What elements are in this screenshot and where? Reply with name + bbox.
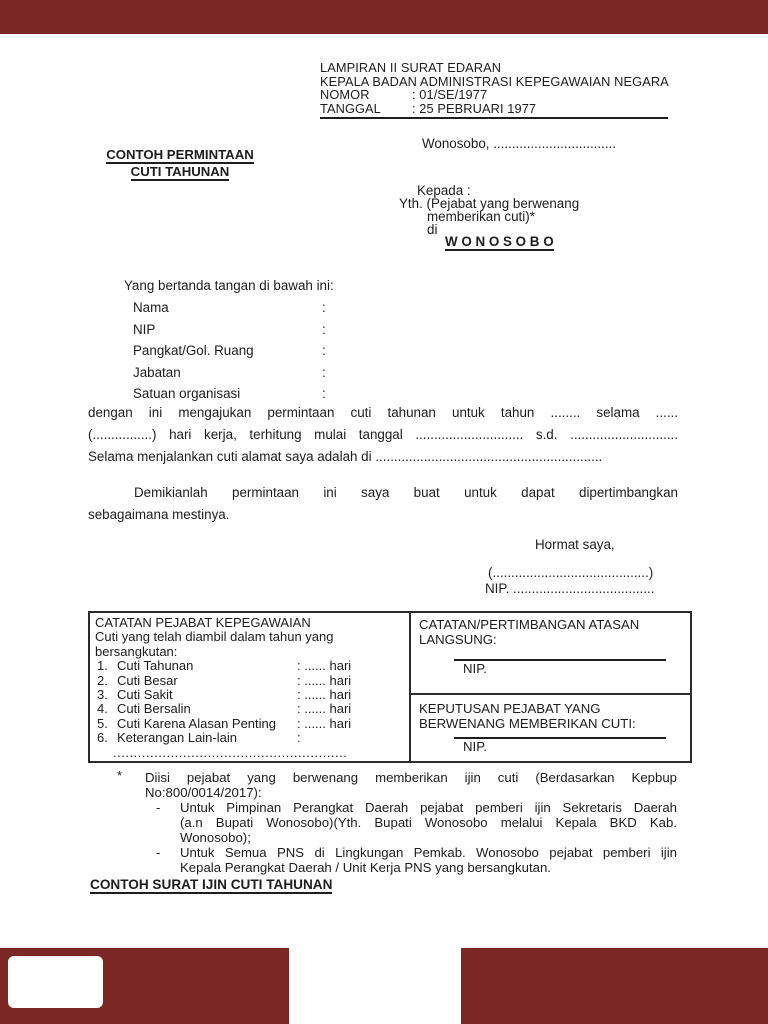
field-label: Pangkat/Gol. Ruang [133, 343, 254, 358]
bottom-band-white-notch-middle [289, 948, 461, 1024]
footnote-item1-dash: - [156, 800, 160, 815]
tanggal-label: TANGGAL [320, 102, 412, 116]
field-row-satuan: Satuan organisasi: [133, 386, 413, 401]
field-row-nama: Nama: [133, 300, 413, 315]
officials-notes-table: CATATAN PEJABAT KEPEGAWAIAN Cuti yang te… [88, 611, 692, 763]
field-colon: : [322, 386, 326, 401]
authority-decision-cell: KEPUTUSAN PEJABAT YANG BERWENANG MEMBERI… [411, 695, 690, 761]
decision-cell-title2: BERWENANG MEMBERIKAN CUTI: [419, 716, 684, 731]
nomor-label: NOMOR [320, 88, 412, 102]
other-notes-dots: ........................................… [95, 746, 403, 760]
supervisor-cell-title2: LANGSUNG: [419, 632, 684, 647]
leave-item-row: 3.Cuti Sakit: ...... hari [95, 688, 403, 702]
personnel-notes-title: CATATAN PEJABAT KEPEGAWAIAN [95, 616, 403, 630]
recipient-city: W O N O S O B O [445, 234, 554, 251]
footnote-item2-line2: Kepala Perangkat Daerah / Unit Kerja PNS… [180, 860, 551, 875]
footnote-intro-line1: Diisi pejabat yang berwenang memberikan … [145, 770, 677, 785]
signature-name-placeholder: (.......................................… [488, 565, 653, 580]
field-label: Satuan organisasi [133, 386, 240, 401]
footnote-item2-dash: - [156, 845, 160, 860]
field-label: Nama [133, 300, 169, 315]
supervisor-cell-title1: CATATAN/PERTIMBANGAN ATASAN [419, 617, 684, 632]
footnote-item2-line1: Untuk Semua PNS di Lingkungan Pemkab. Wo… [180, 845, 677, 860]
leave-item-row: 5.Cuti Karena Alasan Penting: ...... har… [95, 717, 403, 731]
field-colon: : [322, 343, 326, 358]
field-label: Jabatan [133, 365, 181, 380]
leave-item-row: 6.Keterangan Lain-lain: [95, 731, 403, 745]
signature-salutation: Hormat saya, [535, 537, 615, 552]
footnote-item1-line2: (a.n Bupati Wonosobo)(Yth. Bupati Wonoso… [180, 815, 677, 830]
decision-cell-title1: KEPUTUSAN PEJABAT YANG [419, 701, 684, 716]
decision-nip-label: NIP. [463, 739, 684, 754]
field-colon: : [322, 300, 326, 315]
closing-line2: sebagaimana mestinya. [88, 504, 678, 526]
recipient-line3: di [427, 222, 437, 237]
request-paragraph: dengan ini mengajukan permintaan cuti ta… [88, 402, 678, 468]
supervisor-nip-label: NIP. [463, 661, 684, 676]
request-line3: Selama menjalankan cuti alamat saya adal… [88, 446, 678, 468]
letterhead-reference-block: LAMPIRAN II SURAT EDARAN KEPALA BADAN AD… [320, 61, 668, 119]
field-row-nip: NIP: [133, 322, 413, 337]
leave-item-row: 1.Cuti Tahunan: ...... hari [95, 659, 403, 673]
doc-label-line1: CONTOH PERMINTAAN [97, 147, 263, 164]
city-dateline: Wonosobo, ..............................… [422, 136, 616, 151]
document-type-label: CONTOH PERMINTAAN CUTI TAHUNAN [97, 147, 263, 181]
supervisor-consideration-cell: CATATAN/PERTIMBANGAN ATASAN LANGSUNG: NI… [411, 613, 690, 695]
field-row-jabatan: Jabatan: [133, 365, 413, 380]
top-page-edge-band [0, 0, 768, 34]
footnote-marker: * [117, 768, 122, 783]
bottom-band-white-notch-left [8, 956, 103, 1008]
footnote-intro-line2: No:800/0014/2017): [145, 785, 262, 800]
field-row-pangkat: Pangkat/Gol. Ruang: [133, 343, 413, 358]
request-line1: dengan ini mengajukan permintaan cuti ta… [88, 402, 678, 424]
personnel-notes-subtitle2: bersangkutan: [95, 645, 403, 659]
next-section-heading: CONTOH SURAT IJIN CUTI TAHUNAN [90, 877, 332, 894]
document-page: LAMPIRAN II SURAT EDARAN KEPALA BADAN AD… [0, 0, 768, 1024]
closing-line1: Demikianlah permintaan ini saya buat unt… [88, 482, 678, 504]
leave-item-row: 4.Cuti Bersalin: ...... hari [95, 702, 403, 716]
personnel-notes-subtitle1: Cuti yang telah diambil dalam tahun yang [95, 630, 403, 644]
request-line2: (................) hari kerja, terhitung… [88, 424, 678, 446]
tanggal-line: TANGGAL: 25 PEBRUARI 1977 [320, 102, 668, 120]
field-colon: : [322, 322, 326, 337]
signature-nip-placeholder: NIP. ...................................… [485, 581, 654, 596]
opening-line: Yang bertanda tangan di bawah ini: [124, 278, 334, 293]
footnote-item1-line3: Wonosobo); [180, 830, 251, 845]
kepala-badan-line: KEPALA BADAN ADMINISTRASI KEPEGAWAIAN NE… [320, 75, 668, 89]
lampiran-line: LAMPIRAN II SURAT EDARAN [320, 61, 668, 75]
doc-label-line2: CUTI TAHUNAN [97, 164, 263, 181]
tanggal-value: : 25 PEBRUARI 1977 [412, 101, 536, 116]
field-label: NIP [133, 322, 155, 337]
footnote-item1-line1: Untuk Pimpinan Perangkat Daerah pejabat … [180, 800, 677, 815]
field-colon: : [322, 365, 326, 380]
recipient-line2: memberikan cuti)* [427, 209, 535, 224]
closing-paragraph: Demikianlah permintaan ini saya buat unt… [88, 482, 678, 526]
leave-item-row: 2.Cuti Besar: ...... hari [95, 674, 403, 688]
nomor-line: NOMOR: 01/SE/1977 [320, 88, 668, 102]
personnel-notes-cell: CATATAN PEJABAT KEPEGAWAIAN Cuti yang te… [90, 613, 411, 761]
